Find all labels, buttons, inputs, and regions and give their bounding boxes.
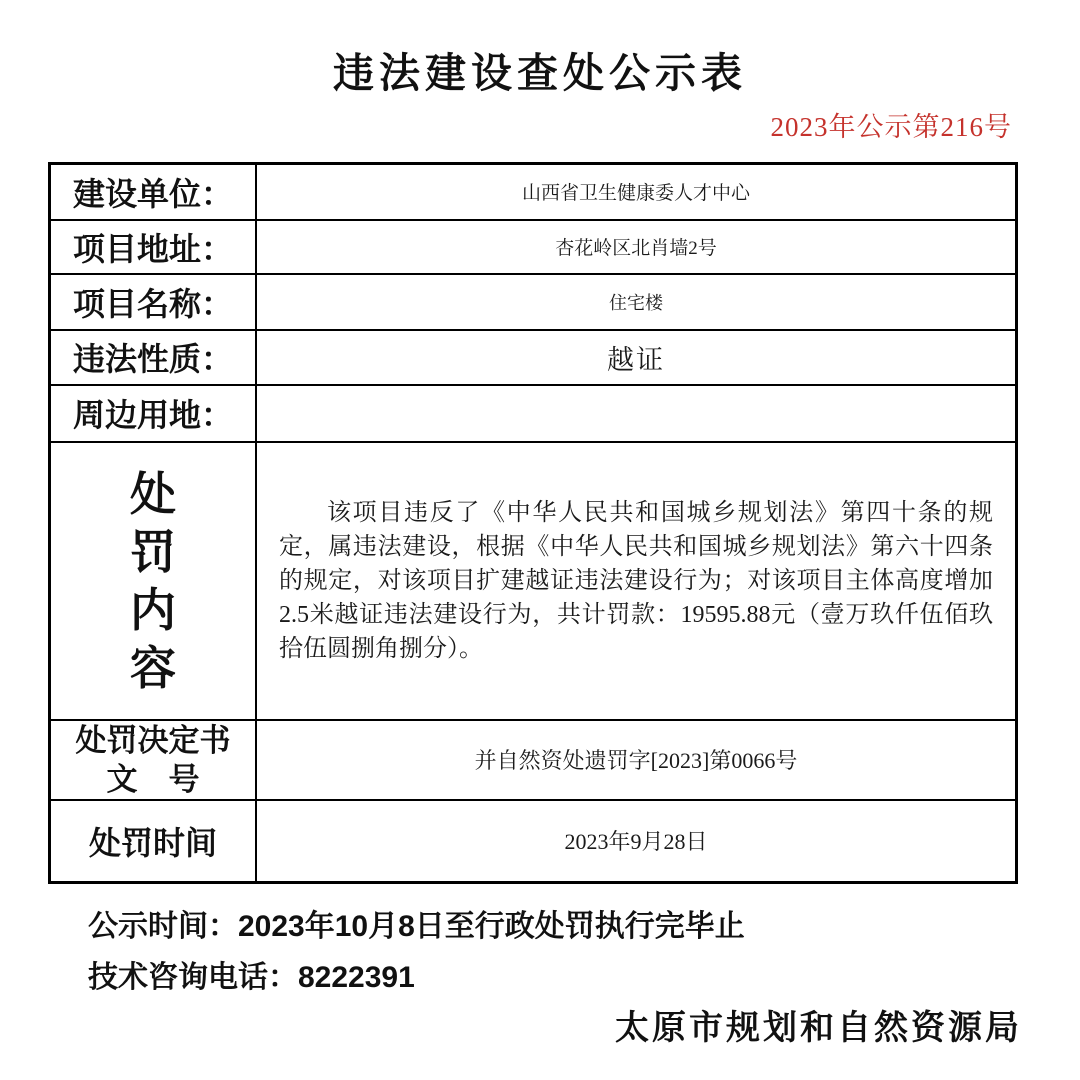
row-value: 越证	[256, 330, 1017, 385]
table-row-decision-doc-number: 处罚决定书 文 号 并自然资处遗罚字[2023]第0066号	[50, 720, 1017, 800]
phone-line: 技术咨询电话：8222391	[88, 952, 415, 996]
page-title: 违法建设查处公示表	[0, 40, 1080, 99]
agency-name: 太原市规划和自然资源局	[615, 1000, 1022, 1049]
row-label: 处罚时间	[50, 800, 257, 883]
row-value: 山西省卫生健康委人才中心	[256, 164, 1017, 220]
publicity-period-line: 公示时间：2023年10月8日至行政处罚执行完毕止	[88, 901, 745, 945]
row-value: 住宅楼	[256, 274, 1017, 330]
row-label-line1: 处罚决定书	[51, 721, 255, 760]
row-value: 并自然资处遗罚字[2023]第0066号	[256, 720, 1017, 800]
table-row-project-name: 项目名称： 住宅楼	[50, 274, 1017, 330]
table-row-penalty-date: 处罚时间 2023年9月28日	[50, 800, 1017, 883]
table-row-penalty-content: 处罚内容 该项目违反了《中华人民共和国城乡规划法》第四十条的规定，属违法建设，根…	[50, 442, 1017, 720]
row-label: 周边用地：	[50, 385, 257, 442]
row-label: 建设单位：	[50, 164, 257, 220]
row-value	[256, 385, 1017, 442]
row-label-vertical: 处罚内容	[128, 465, 178, 697]
table-row-construction-unit: 建设单位： 山西省卫生健康委人才中心	[50, 164, 1017, 220]
table-row-project-address: 项目地址： 杏花岭区北肖墙2号	[50, 220, 1017, 274]
row-label: 项目地址：	[50, 220, 257, 274]
penalty-table: 建设单位： 山西省卫生健康委人才中心 项目地址： 杏花岭区北肖墙2号 项目名称：…	[48, 162, 1018, 884]
row-label: 违法性质：	[50, 330, 257, 385]
table-row-violation-nature: 违法性质： 越证	[50, 330, 1017, 385]
row-label-line2: 文 号	[51, 760, 255, 799]
notice-number: 2023年公示第216号	[771, 105, 1013, 144]
penalty-paragraph: 该项目违反了《中华人民共和国城乡规划法》第四十条的规定，属违法建设，根据《中华人…	[257, 496, 1015, 666]
row-value: 杏花岭区北肖墙2号	[256, 220, 1017, 274]
table-row-surrounding-land: 周边用地：	[50, 385, 1017, 442]
row-value: 2023年9月28日	[256, 800, 1017, 883]
row-label: 项目名称：	[50, 274, 257, 330]
notice-document: 违法建设查处公示表 2023年公示第216号 建设单位： 山西省卫生健康委人才中…	[0, 0, 1080, 1080]
